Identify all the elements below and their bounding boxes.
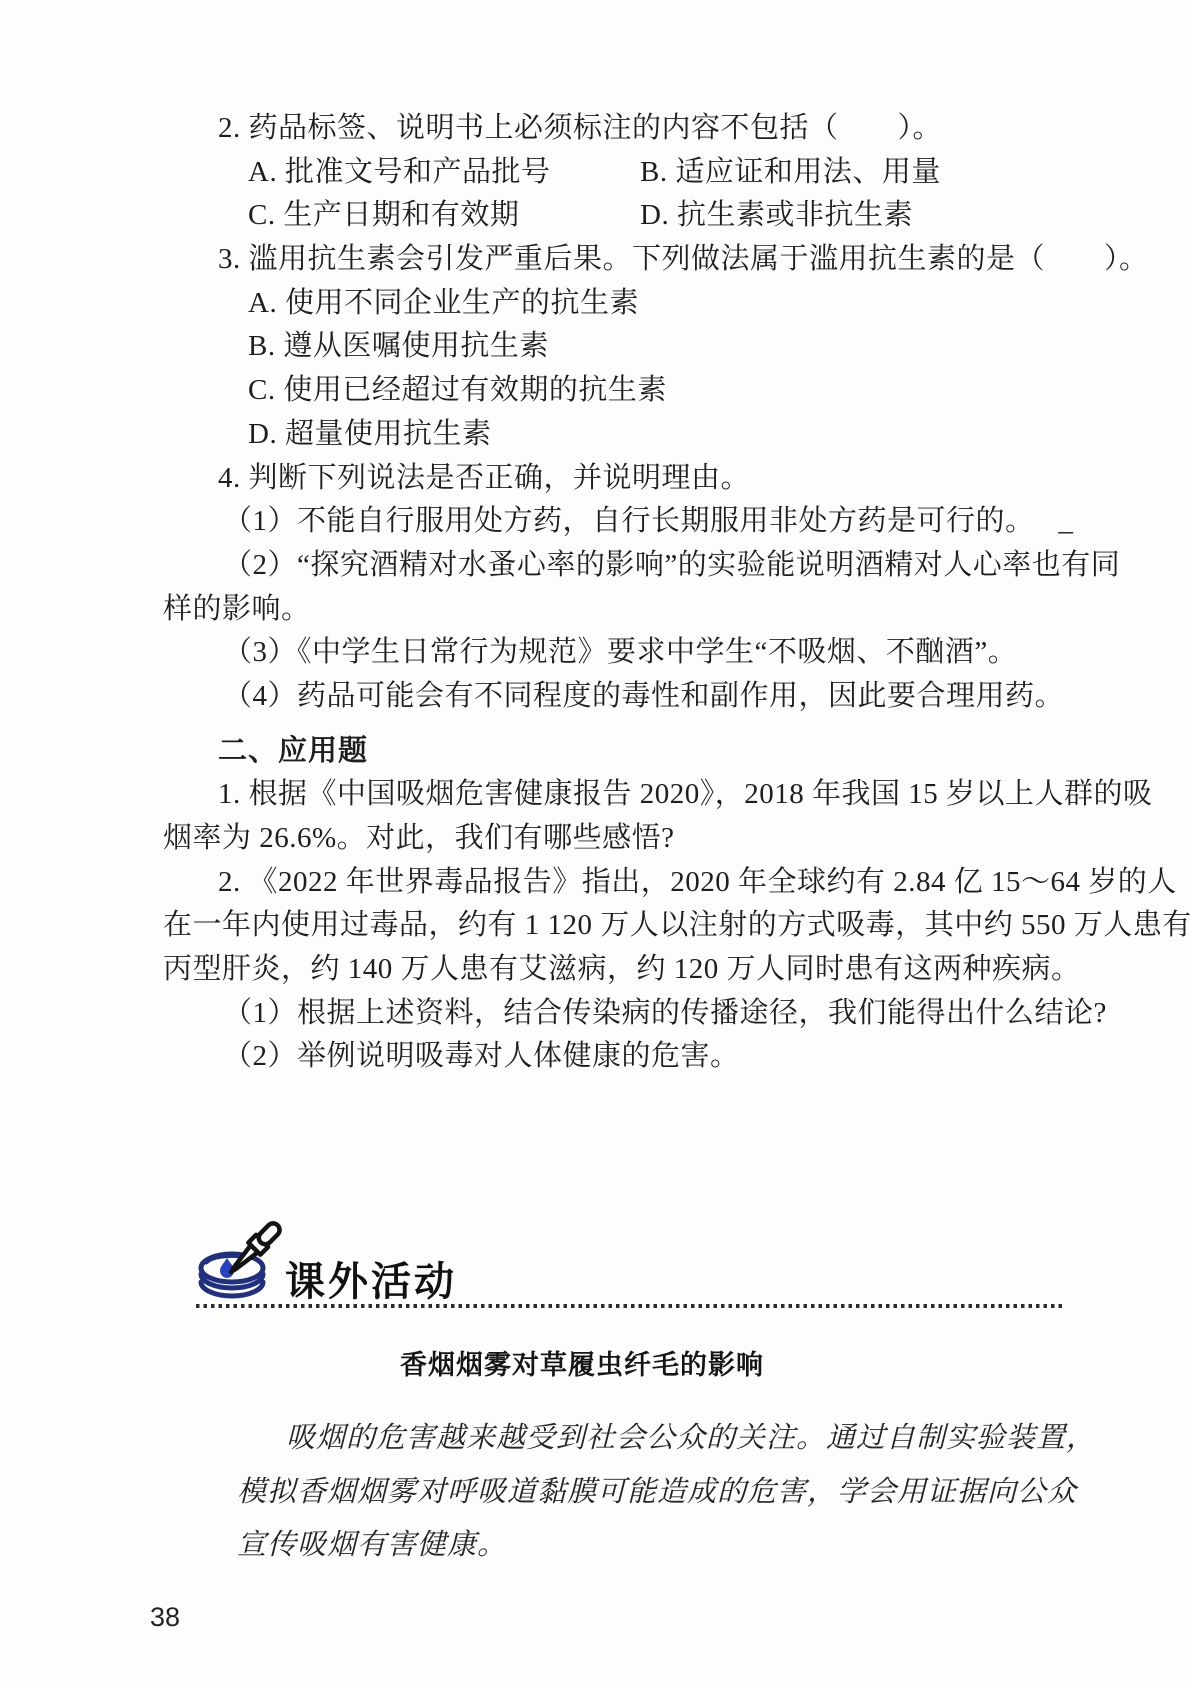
- question-3-option-b: B. 遵从医嘱使用抗生素: [163, 325, 1073, 369]
- question-2-option-b: B. 适应证和用法、用量: [640, 151, 941, 195]
- question-2-stem: 2. 药品标签、说明书上必须标注的内容不包括（ ）。: [163, 107, 1073, 151]
- dotted-divider: [196, 1304, 1064, 1308]
- question-4-item-2-line-2: 样的影响。: [163, 588, 1073, 632]
- question-2-options-row-2: C. 生产日期和有效期 D. 抗生素或非抗生素: [163, 194, 1073, 238]
- page-number: 38: [150, 1602, 180, 1633]
- activity-title: 香烟烟雾对草履虫纤毛的影响: [132, 1343, 1032, 1382]
- question-2-options-row-1: A. 批准文号和产品批号 B. 适应证和用法、用量: [163, 151, 1073, 195]
- question-3-stem: 3. 滥用抗生素会引发严重后果。下列做法属于滥用抗生素的是（ ）。: [163, 238, 1073, 282]
- question-4-item-1: （1）不能自行服用处方药，自行长期服用非处方药是可行的。_: [163, 500, 1073, 544]
- section-2-q1-line-2: 烟率为 26.6%。对此，我们有哪些感悟?: [163, 817, 1073, 861]
- section-2-q2-item-2: （2）举例说明吸毒对人体健康的危害。: [163, 1035, 1073, 1079]
- activity-body-line-2: 模拟香烟烟雾对呼吸道黏膜可能造成的危害，学会用证据向公众: [237, 1466, 897, 1520]
- question-4-item-1-text: （1）不能自行服用处方药，自行长期服用非处方药是可行的。: [223, 505, 1035, 537]
- question-3-option-c: C. 使用已经超过有效期的抗生素: [163, 369, 1073, 413]
- activity-body: 吸烟的危害越来越受到社会公众的关注。通过自制实验装置， 模拟香烟烟雾对呼吸道黏膜…: [237, 1412, 897, 1573]
- section-2-q2-line-1: 2. 《2022 年世界毒品报告》指出，2020 年全球约有 2.84 亿 15…: [163, 861, 1073, 905]
- section-2-q2-item-1: （1）根据上述资料，结合传染病的传播途径，我们能得出什么结论?: [163, 992, 1073, 1036]
- textbook-page: 2. 药品标签、说明书上必须标注的内容不包括（ ）。 A. 批准文号和产品批号 …: [0, 0, 1190, 1682]
- section-2-q2-line-2: 在一年内使用过毒品，约有 1 120 万人以注射的方式吸毒，其中约 550 万人…: [163, 904, 1073, 948]
- question-2-option-d: D. 抗生素或非抗生素: [640, 194, 913, 238]
- question-3-option-d: D. 超量使用抗生素: [163, 413, 1073, 457]
- section-2-q2-line-3: 丙型肝炎，约 140 万人患有艾滋病，约 120 万人同时患有这两种疾病。: [163, 948, 1073, 992]
- exercise-content: 2. 药品标签、说明书上必须标注的内容不包括（ ）。 A. 批准文号和产品批号 …: [163, 107, 1073, 1079]
- question-4-item-4: （4）药品可能会有不同程度的毒性和副作用，因此要合理用药。: [163, 675, 1073, 719]
- section-2-heading: 二、应用题: [163, 730, 1073, 774]
- question-4-item-3: （3）《中学生日常行为规范》要求中学生“不吸烟、不酗酒”。: [163, 631, 1073, 675]
- handwritten-mark: _: [1059, 500, 1074, 544]
- activity-banner-label: 课外活动: [285, 1250, 457, 1307]
- activity-body-line-1: 吸烟的危害越来越受到社会公众的关注。通过自制实验装置，: [237, 1412, 897, 1466]
- question-4-item-2-line-1: （2）“探究酒精对水蚤心率的影响”的实验能说明酒精对人心率也有同: [163, 544, 1073, 588]
- dropper-petri-dish-icon: [197, 1200, 289, 1304]
- question-2-option-c: C. 生产日期和有效期: [248, 194, 640, 238]
- section-2-q1-line-1: 1. 根据《中国吸烟危害健康报告 2020》，2018 年我国 15 岁以上人群…: [163, 773, 1073, 817]
- question-2-option-a: A. 批准文号和产品批号: [248, 151, 640, 195]
- question-3-option-a: A. 使用不同企业生产的抗生素: [163, 282, 1073, 326]
- question-4-stem: 4. 判断下列说法是否正确，并说明理由。: [163, 457, 1073, 501]
- activity-body-line-3: 宣传吸烟有害健康。: [237, 1519, 897, 1573]
